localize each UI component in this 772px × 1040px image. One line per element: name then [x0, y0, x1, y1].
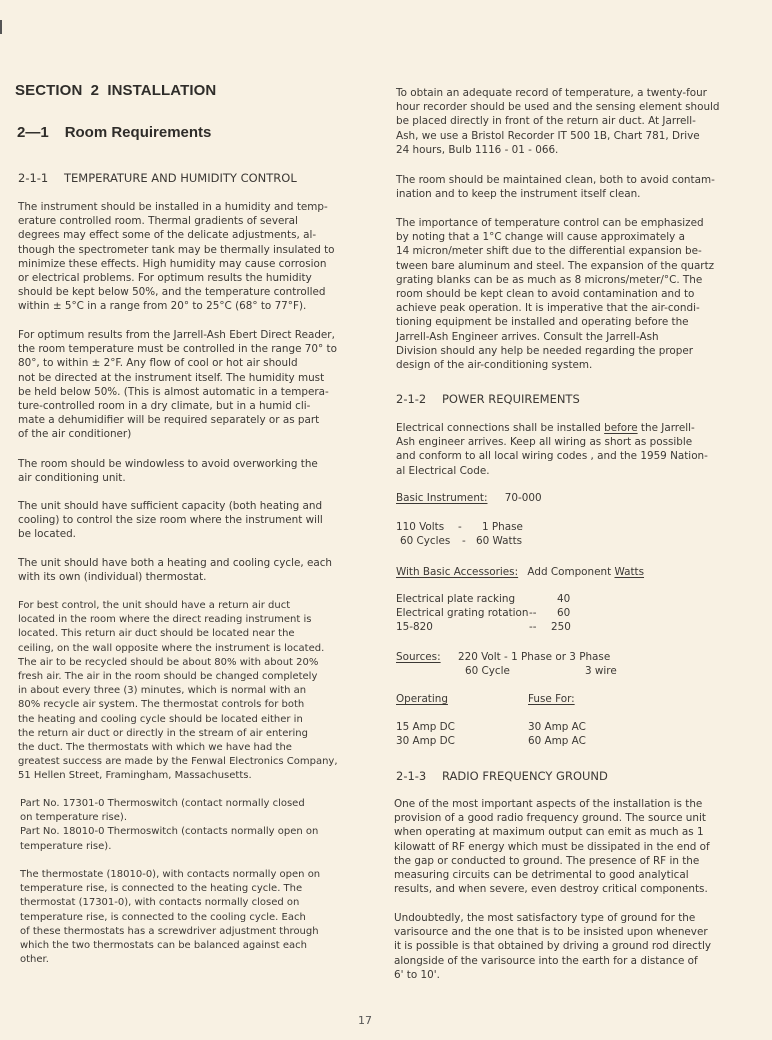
heading-title: TEMPERATURE AND HUMIDITY CONTROL	[64, 171, 297, 185]
paragraph: For optimum results from the Jarrell-Ash…	[18, 328, 337, 442]
component-name: Electrical plate racking	[396, 592, 529, 606]
page-number: 17	[358, 1014, 372, 1027]
heading-number: 2-1-3	[396, 769, 442, 783]
paragraph: The importance of temperature control ca…	[396, 216, 714, 372]
component-row: Electrical plate racking40	[396, 592, 570, 606]
sources-row: Sources:220 Volt - 1 Phase or 3 Phase	[396, 650, 610, 664]
paragraph: The instrument should be installed in a …	[18, 200, 335, 314]
component-watts: 250	[551, 621, 571, 633]
fuse-value: 60 Amp AC	[528, 735, 586, 747]
component-row: 15-820--250	[396, 620, 571, 634]
paragraph: The unit should have sufficient capacity…	[18, 499, 323, 542]
heading-temperature-humidity: 2-1-1TEMPERATURE AND HUMIDITY CONTROL	[18, 171, 297, 185]
heading-power-requirements: 2-1-2POWER REQUIREMENTS	[396, 392, 580, 406]
separator: --	[529, 606, 557, 620]
heading-title: RADIO FREQUENCY GROUND	[442, 769, 608, 783]
value: 110 Volts	[396, 520, 458, 534]
heading-number: 2-1-2	[396, 392, 442, 406]
separator: --	[529, 620, 551, 634]
subsection-number: 2—1	[17, 124, 49, 141]
heading-radio-frequency-ground: 2-1-3RADIO FREQUENCY GROUND	[396, 769, 608, 783]
accessories-label: With Basic Accessories:	[396, 566, 518, 578]
paragraph: The room should be windowless to avoid o…	[18, 457, 318, 485]
fuse-header: OperatingFuse For:	[396, 692, 575, 706]
part-numbers: Part No. 17301-0 Thermoswitch (contact n…	[20, 797, 318, 854]
paragraph: For best control, the unit should have a…	[18, 599, 338, 784]
basic-line: 110 Volts-1 Phase	[396, 520, 523, 534]
sources-value: 220 Volt - 1 Phase or 3 Phase	[458, 651, 610, 663]
basic-instrument-row: Basic Instrument: 70-000	[396, 491, 542, 505]
component-name: 15-820	[396, 620, 529, 634]
operating-label: Operating	[396, 692, 528, 706]
accessories-header: With Basic Accessories: Add Component Wa…	[396, 565, 644, 579]
basic-line: 60 Cycles-60 Watts	[400, 534, 522, 548]
value: 1 Phase	[482, 521, 523, 533]
basic-instrument-value: 70-000	[505, 492, 542, 504]
section-title: SECTION 2 INSTALLATION	[15, 82, 216, 99]
sources-label: Sources:	[396, 650, 458, 664]
paragraph: To obtain an adequate record of temperat…	[396, 86, 720, 157]
fuse-row: 30 Amp DC60 Amp AC	[396, 734, 586, 748]
paragraph: One of the most important aspects of the…	[394, 797, 710, 896]
value: 60 Watts	[476, 535, 522, 547]
underlined-before: before	[604, 422, 637, 434]
separator: -	[458, 520, 482, 534]
component-name: Electrical grating rotation	[396, 606, 529, 620]
value: 60 Cycles	[400, 534, 462, 548]
component-watts: 40	[557, 593, 570, 605]
fuse-label: Fuse For:	[528, 693, 575, 705]
operating-value: 15 Amp DC	[396, 720, 528, 734]
component-watts: 60	[557, 607, 570, 619]
subsection-name: Room Requirements	[65, 124, 212, 141]
sources-wire: 3 wire	[585, 665, 617, 677]
paragraph: The unit should have both a heating and …	[18, 556, 332, 584]
subsection-title: 2—1Room Requirements	[17, 124, 211, 141]
operating-value: 30 Amp DC	[396, 734, 528, 748]
text: Electrical connections shall be installe…	[396, 422, 604, 434]
page-edge-mark	[0, 20, 2, 34]
paragraph: Undoubtedly, the most satisfactory type …	[394, 911, 711, 982]
sources-cycle: 60 Cycle	[465, 664, 585, 678]
paragraph: The thermostate (18010-0), with contacts…	[20, 868, 320, 967]
heading-title: POWER REQUIREMENTS	[442, 392, 580, 406]
watts-label: Watts	[614, 566, 644, 578]
fuse-value: 30 Amp AC	[528, 721, 586, 733]
sources-row-2: 60 Cycle3 wire	[465, 664, 617, 678]
separator: -	[462, 534, 476, 548]
add-component-label: Add Component	[527, 566, 614, 578]
component-row: Electrical grating rotation--60	[396, 606, 570, 620]
power-intro: Electrical connections shall be installe…	[396, 421, 708, 478]
fuse-row: 15 Amp DC30 Amp AC	[396, 720, 586, 734]
heading-number: 2-1-1	[18, 171, 64, 185]
basic-instrument-label: Basic Instrument:	[396, 492, 487, 504]
paragraph: The room should be maintained clean, bot…	[396, 173, 715, 201]
